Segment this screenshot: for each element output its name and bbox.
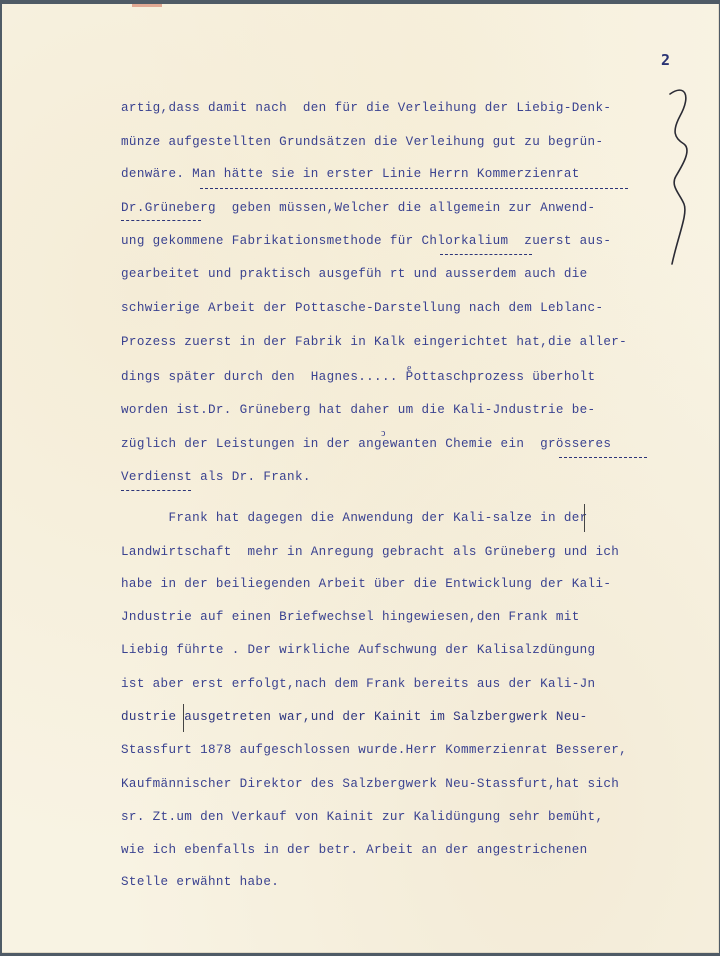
paper-stain-mark: [132, 4, 162, 7]
text-line: Verdienst als Dr. Frank.: [121, 469, 311, 485]
text-line: Jndustrie auf einen Briefwechsel hingewi…: [121, 609, 580, 625]
underline-groesseres: [559, 457, 647, 458]
text-line: dustrie ausgetreten war,und der Kainit i…: [121, 709, 588, 725]
text-line: Stassfurt 1878 aufgeschlossen wurde.Herr…: [121, 742, 627, 758]
text-line: Liebig führte . Der wirkliche Aufschwung…: [121, 642, 595, 658]
underline-verdienst: [121, 490, 191, 491]
text-line: dings später durch den Hagnes..... Potta…: [121, 369, 595, 385]
text-line: münze aufgestellten Grundsätzen die Verl…: [121, 134, 603, 150]
text-line: wie ich ebenfalls in der betr. Arbeit an…: [121, 842, 588, 858]
text-line: Dr.Grüneberg geben müssen,Welcher die al…: [121, 200, 595, 216]
underline-chlorkalium: [440, 254, 532, 255]
text-line: schwierige Arbeit der Pottasche-Darstell…: [121, 300, 603, 316]
text-line: Frank hat dagegen die Anwendung der Kali…: [121, 510, 588, 526]
text-line: denwäre. Man hätte sie in erster Linie H…: [121, 166, 580, 182]
text-line: Landwirtschaft mehr in Anregung gebracht…: [121, 544, 619, 560]
text-line: habe in der beiliegenden Arbeit über die…: [121, 576, 611, 592]
text-line: sr. Zt.um den Verkauf von Kainit zur Kal…: [121, 809, 603, 825]
text-line: worden ist.Dr. Grüneberg hat daher um di…: [121, 402, 595, 418]
page-number: 2: [661, 51, 670, 69]
margin-brace-icon: [662, 86, 702, 266]
underline-grueneberg: [121, 220, 201, 221]
text-line: ist aber erst erfolgt,nach dem Frank ber…: [121, 676, 595, 692]
text-line: züglich der Leistungen in der angewanten…: [121, 436, 611, 452]
text-line: ung gekommene Fabrikationsmethode für Ch…: [121, 233, 611, 249]
text-line: Prozess zuerst in der Fabrik in Kalk ein…: [121, 334, 627, 350]
underline-kommerzienrat: [200, 188, 628, 189]
text-line: Kaufmännischer Direktor des Salzbergwerk…: [121, 776, 619, 792]
insert-mark: [183, 704, 184, 732]
text-line: gearbeitet und praktisch ausgefüh rt und…: [121, 266, 588, 282]
insert-mark: [584, 504, 585, 532]
viewer-frame: 2 artig,dass damit nach den für die Verl…: [0, 0, 720, 956]
text-line: artig,dass damit nach den für die Verlei…: [121, 100, 611, 116]
text-line: Stelle erwähnt habe.: [121, 874, 279, 890]
document-page: 2 artig,dass damit nach den für die Verl…: [2, 4, 719, 953]
